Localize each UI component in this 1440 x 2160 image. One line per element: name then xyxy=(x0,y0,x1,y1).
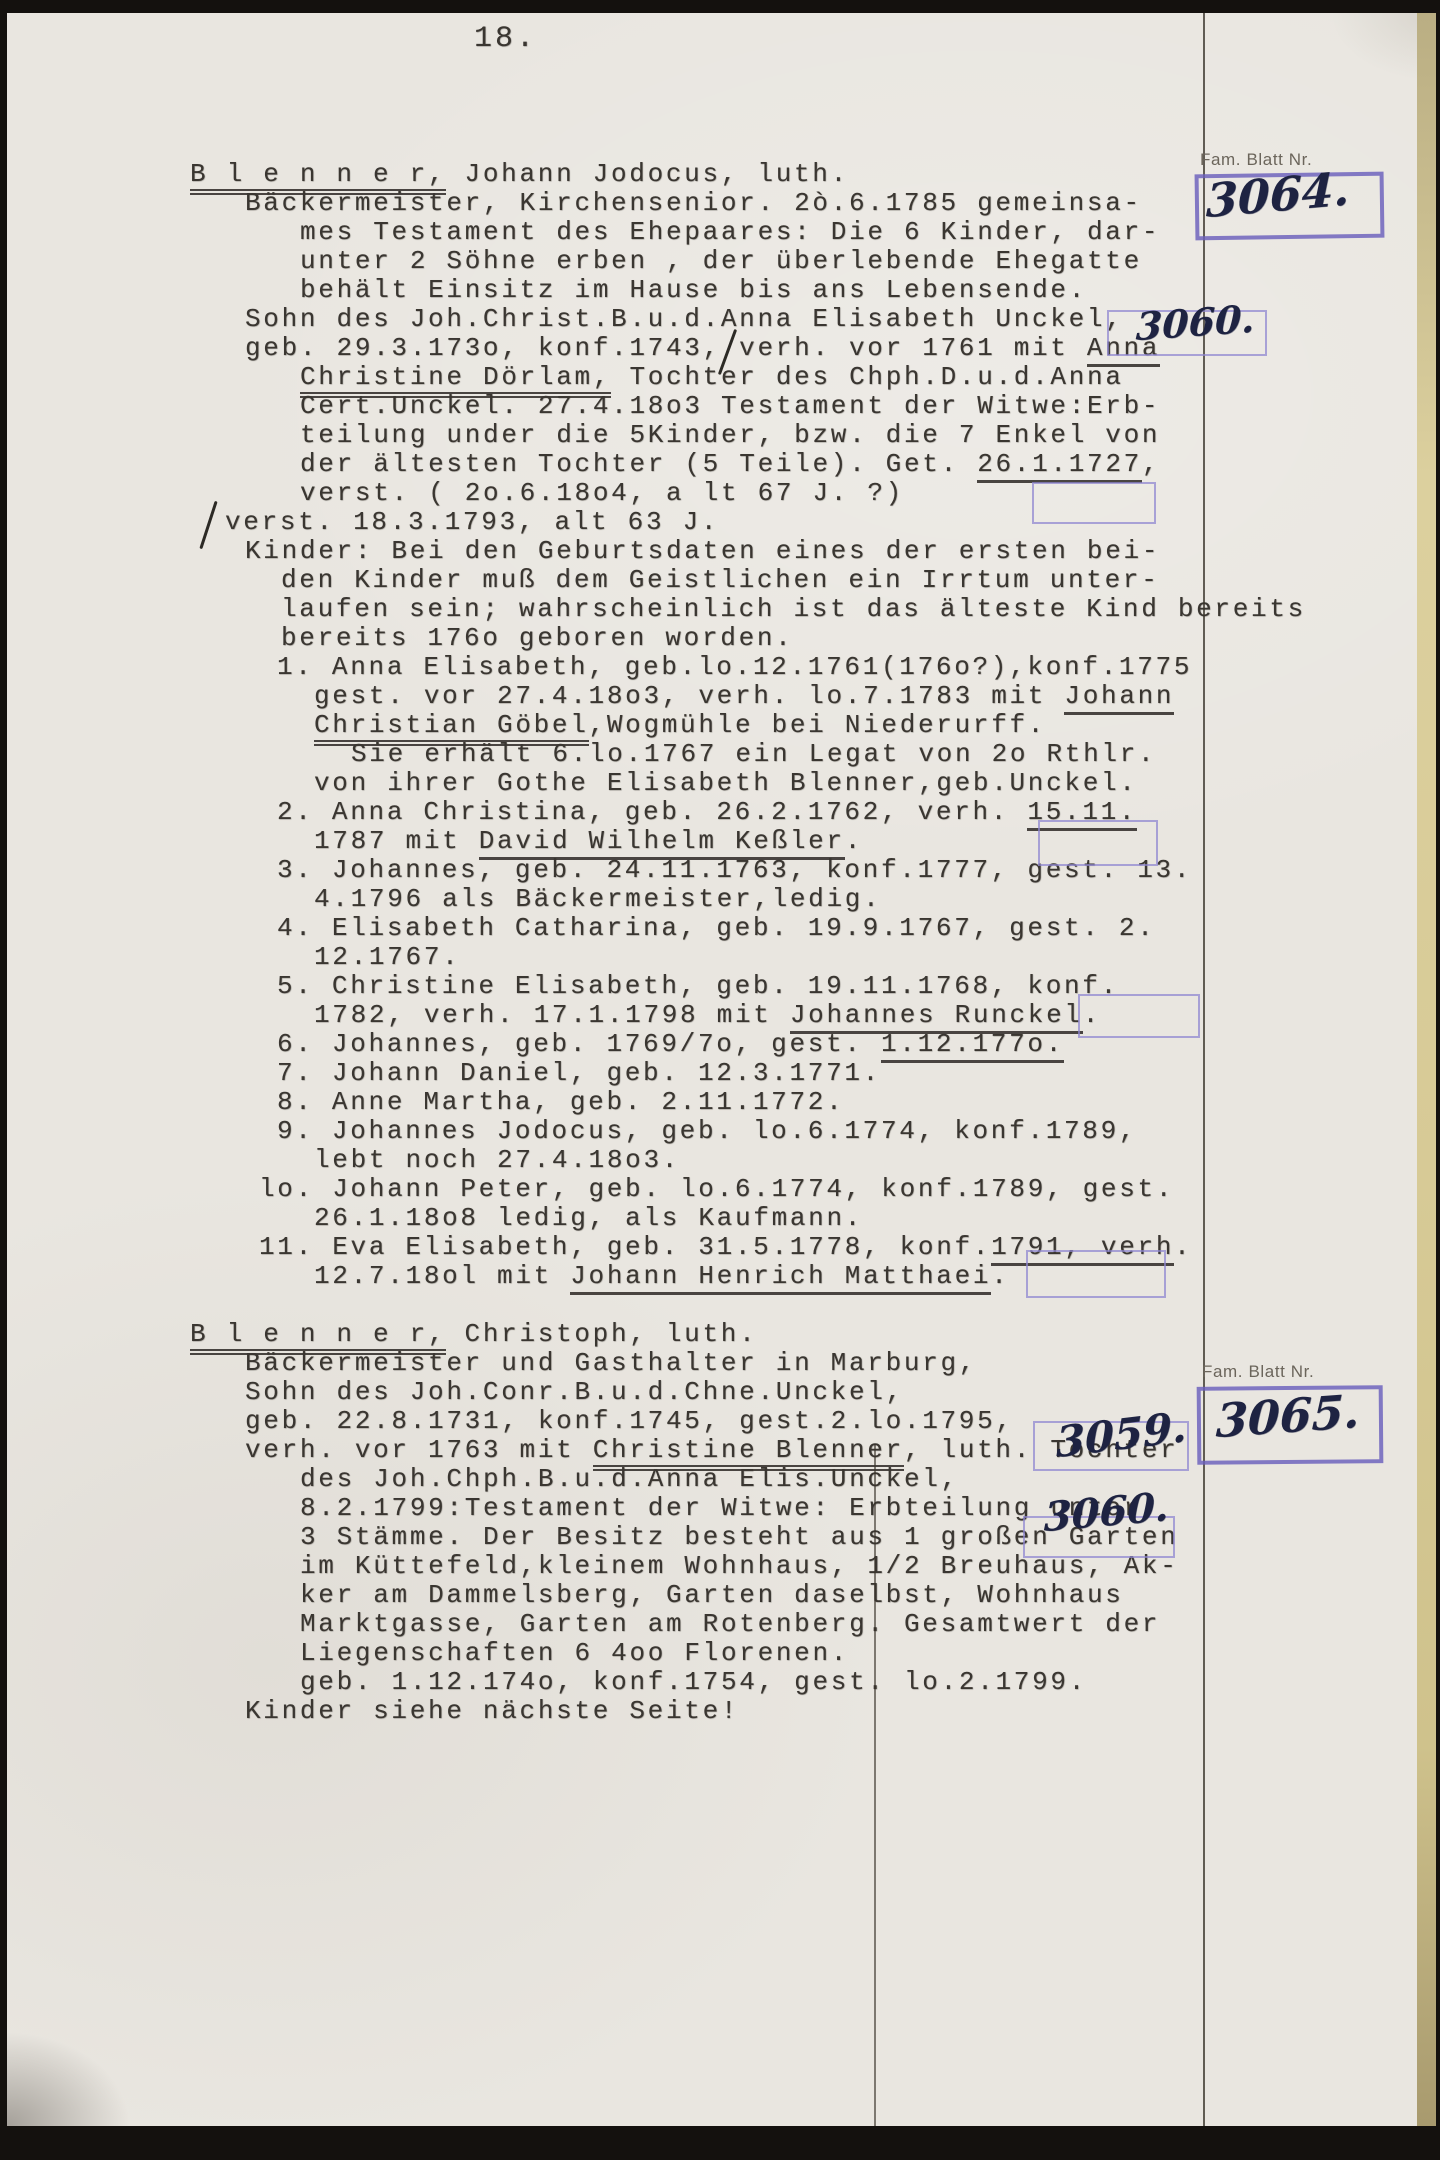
typed-text-segment: den Kinder muß dem Geistlichen ein Irrtu… xyxy=(281,565,1160,595)
typed-text-segment: 7. Johann Daniel, geb. 12.3.1771. xyxy=(277,1058,881,1088)
typed-line: verst. ( 2o.6.18o4, a lt 67 J. ?) xyxy=(300,479,904,508)
typed-text-segment: der ältesten Tochter (5 Teile). Get. xyxy=(300,449,977,479)
typed-text-segment: 2. Anna Christina, geb. 26.2.1762, verh. xyxy=(277,797,1027,827)
typed-text-segment: 26.1.1727 xyxy=(977,449,1142,483)
typed-line: Bäckermeister, Kirchensenior. 2ò.6.1785 … xyxy=(245,189,1142,218)
typed-text-segment: 9. Johannes Jodocus, geb. lo.6.1774, kon… xyxy=(277,1116,1137,1146)
typed-text-segment: 5. Christine Elisabeth, geb. 19.11.1768,… xyxy=(277,971,1119,1001)
typed-text-segment: Tochter des Chph.D.u.d.Anna xyxy=(611,362,1123,392)
typed-line: B l e n n e r, Christoph, luth. xyxy=(190,1320,757,1349)
empty-reference-box-kessler xyxy=(1038,820,1158,866)
typed-line: Christine Dörlam, Tochter des Chph.D.u.d… xyxy=(300,363,1124,392)
typed-text-segment: geb. 22.8.1731, konf.1745, gest.2.lo.179… xyxy=(245,1406,1014,1436)
typed-text-segment: 11. Eva Elisabeth, geb. 31.5.1778, konf. xyxy=(259,1232,991,1262)
fam-blatt-nr-label-entry2: Fam. Blatt Nr. xyxy=(1202,1362,1314,1382)
typed-line: geb. 1.12.174o, konf.1754, gest. lo.2.17… xyxy=(300,1668,1087,1697)
typed-line: unter 2 Söhne erben , der überlebende Eh… xyxy=(300,247,1142,276)
typed-text-segment: geb. 1.12.174o, konf.1754, gest. lo.2.17… xyxy=(300,1667,1087,1697)
typed-line: laufen sein; wahrscheinlich ist das älte… xyxy=(281,595,1306,624)
typed-line: 4.1796 als Bäckermeister,ledig. xyxy=(314,885,881,914)
typed-line: den Kinder muß dem Geistlichen ein Irrtu… xyxy=(281,566,1160,595)
typed-text-segment: unter 2 Söhne erben , der überlebende Eh… xyxy=(300,246,1142,276)
empty-reference-box-widow xyxy=(1032,482,1156,524)
handwritten-reference-number-unckel-entry1: 3060. xyxy=(1135,296,1255,350)
typed-line: des Joh.Chph.B.u.d.Anna Elis.Unckel, xyxy=(300,1465,959,1494)
typed-text-segment: ,Wogmühle bei Niederurff. xyxy=(589,710,1047,740)
typed-text-segment: 1787 mit xyxy=(314,826,479,856)
typed-text-segment: 4. Elisabeth Catharina, geb. 19.9.1767, … xyxy=(277,913,1156,943)
typed-text-segment: von ihrer Gothe Elisabeth Blenner,geb.Un… xyxy=(314,768,1138,798)
typed-text-segment: geb. 29.3.173o, konf.1743, verh. vor 176… xyxy=(245,333,1087,363)
typed-line: 9. Johannes Jodocus, geb. lo.6.1774, kon… xyxy=(277,1117,1137,1146)
typed-text-segment: lebt noch 27.4.18o3. xyxy=(314,1145,680,1175)
typed-line: 1782, verh. 17.1.1798 mit Johannes Runck… xyxy=(314,1001,1101,1030)
typed-line: 5. Christine Elisabeth, geb. 19.11.1768,… xyxy=(277,972,1119,1001)
typed-line: 6. Johannes, geb. 1769/7o, gest. 1.12.17… xyxy=(277,1030,1064,1059)
typed-line: Kinder: Bei den Geburtsdaten eines der e… xyxy=(245,537,1160,566)
empty-reference-box-runckel xyxy=(1078,994,1200,1038)
vertical-ruled-line-lower xyxy=(874,1445,876,2126)
typed-line: 12.1767. xyxy=(314,943,460,972)
typed-text-segment: 12.7.18ol mit xyxy=(314,1261,570,1291)
typed-text-segment: Cert.Unckel. 27.4.18o3 Testament der Wit… xyxy=(300,391,1160,421)
typed-text-segment: lo. Johann Peter, geb. lo.6.1774, konf.1… xyxy=(259,1174,1174,1204)
handwritten-fam-blatt-number-entry2: 3065. xyxy=(1215,1384,1361,1448)
typed-line: teilung under die 5Kinder, bzw. die 7 En… xyxy=(300,421,1160,450)
typed-line: Cert.Unckel. 27.4.18o3 Testament der Wit… xyxy=(300,392,1160,421)
typed-text-segment: . xyxy=(1174,1232,1192,1262)
typed-text-segment: des Joh.Chph.B.u.d.Anna Elis.Unckel, xyxy=(300,1464,959,1494)
typed-line: 8. Anne Martha, geb. 2.11.1772. xyxy=(277,1088,844,1117)
typed-line: 2. Anna Christina, geb. 26.2.1762, verh.… xyxy=(277,798,1137,827)
typed-line: lebt noch 27.4.18o3. xyxy=(314,1146,680,1175)
typed-text-segment: verst. ( 2o.6.18o4, a lt 67 J. ?) xyxy=(300,478,904,508)
typed-line: 1. Anna Elisabeth, geb.lo.12.1761(176o?)… xyxy=(277,653,1192,682)
typed-text-segment: Johann Jodocus, luth. xyxy=(446,159,849,189)
typed-text-segment: 1. Anna Elisabeth, geb.lo.12.1761(176o?)… xyxy=(277,652,1192,682)
typed-text-segment: . xyxy=(991,1261,1009,1291)
empty-reference-box-matthaei xyxy=(1026,1250,1166,1298)
typed-line: Bäckermeister und Gasthalter in Marburg, xyxy=(245,1349,977,1378)
typed-text-segment: 6. Johannes, geb. 1769/7o, gest. xyxy=(277,1029,881,1059)
typed-line: behält Einsitz im Hause bis ans Lebensen… xyxy=(300,276,1087,305)
scanned-genealogy-page: { "document": { "page_number": "18." }, … xyxy=(0,0,1440,2160)
typed-line: ker am Dammelsberg, Garten daselbst, Woh… xyxy=(300,1581,1124,1610)
typed-line: gest. vor 27.4.18o3, verh. lo.7.1783 mit… xyxy=(314,682,1174,711)
typed-line: 26.1.18o8 ledig, als Kaufmann. xyxy=(314,1204,863,1233)
typed-text-segment: Kinder siehe nächste Seite! xyxy=(245,1696,739,1726)
typed-text-segment: , xyxy=(1142,449,1160,479)
typed-text-segment: Bäckermeister und Gasthalter in Marburg, xyxy=(245,1348,977,1378)
typed-line: Christian Göbel,Wogmühle bei Niederurff. xyxy=(314,711,1046,740)
typed-text-segment: 4.1796 als Bäckermeister,ledig. xyxy=(314,884,881,914)
typed-line: 8.2.1799:Testament der Witwe: Erbteilung… xyxy=(300,1494,1142,1523)
typed-text-segment: Christoph, luth. xyxy=(446,1319,757,1349)
typed-text-segment: 8.2.1799:Testament der Witwe: Erbteilung… xyxy=(300,1493,1142,1523)
typed-text-segment: verh. vor 1763 mit xyxy=(245,1435,593,1465)
typed-line: Liegenschaften 6 4oo Florenen. xyxy=(300,1639,849,1668)
typed-line: 7. Johann Daniel, geb. 12.3.1771. xyxy=(277,1059,881,1088)
typed-text-segment: 12.1767. xyxy=(314,942,460,972)
typed-line: Kinder siehe nächste Seite! xyxy=(245,1697,739,1726)
typed-line: verst. 18.3.1793, alt 63 J. xyxy=(225,508,719,537)
typed-line: der ältesten Tochter (5 Teile). Get. 26.… xyxy=(300,450,1160,479)
typed-text-segment: 8. Anne Martha, geb. 2.11.1772. xyxy=(277,1087,844,1117)
typed-text-segment: 1782, verh. 17.1.1798 mit xyxy=(314,1000,790,1030)
page-number: 18. xyxy=(474,22,537,56)
typed-line: mes Testament des Ehepaares: Die 6 Kinde… xyxy=(300,218,1160,247)
typed-text-segment: Sohn des Joh.Christ.B.u.d.Anna Elisabeth… xyxy=(245,304,1124,334)
typed-text-segment: laufen sein; wahrscheinlich ist das älte… xyxy=(281,594,1306,624)
typed-line: bereits 176o geboren worden. xyxy=(281,624,793,653)
typed-line: geb. 29.3.173o, konf.1743, verh. vor 176… xyxy=(245,334,1160,363)
typed-text-segment: mes Testament des Ehepaares: Die 6 Kinde… xyxy=(300,217,1160,247)
typed-line: 12.7.18ol mit Johann Henrich Matthaei. xyxy=(314,1262,1010,1291)
typed-text-segment: . xyxy=(845,826,863,856)
page-edge-strip xyxy=(1417,13,1436,2126)
typed-text-segment: behält Einsitz im Hause bis ans Lebensen… xyxy=(300,275,1087,305)
typed-text-segment: Sie erhält 6.lo.1767 ein Legat von 2o Rt… xyxy=(351,739,1156,769)
typed-text-segment: ker am Dammelsberg, Garten daselbst, Woh… xyxy=(300,1580,1124,1610)
typed-text-segment: 26.1.18o8 ledig, als Kaufmann. xyxy=(314,1203,863,1233)
typed-line: 4. Elisabeth Catharina, geb. 19.9.1767, … xyxy=(277,914,1156,943)
typed-text-segment: verst. 18.3.1793, alt 63 J. xyxy=(225,507,719,537)
typed-text-segment: bereits 176o geboren worden. xyxy=(281,623,793,653)
typed-line: 1787 mit David Wilhelm Keßler. xyxy=(314,827,863,856)
typed-line: von ihrer Gothe Elisabeth Blenner,geb.Un… xyxy=(314,769,1138,798)
typed-text-segment: Kinder: Bei den Geburtsdaten eines der e… xyxy=(245,536,1160,566)
typed-line: geb. 22.8.1731, konf.1745, gest.2.lo.179… xyxy=(245,1407,1014,1436)
typed-line: Sie erhält 6.lo.1767 ein Legat von 2o Rt… xyxy=(351,740,1156,769)
typed-text-segment: Sohn des Joh.Conr.B.u.d.Chne.Unckel, xyxy=(245,1377,904,1407)
typed-text-segment: gest. vor 27.4.18o3, verh. lo.7.1783 mit xyxy=(314,681,1064,711)
typed-text-segment: Bäckermeister, Kirchensenior. 2ò.6.1785 … xyxy=(245,188,1142,218)
typed-line: lo. Johann Peter, geb. lo.6.1774, konf.1… xyxy=(259,1175,1174,1204)
typed-text-segment: Marktgasse, Garten am Rotenberg. Gesamtw… xyxy=(300,1609,1160,1639)
typed-line: B l e n n e r, Johann Jodocus, luth. xyxy=(190,160,849,189)
typed-line: Marktgasse, Garten am Rotenberg. Gesamtw… xyxy=(300,1610,1160,1639)
typed-text-segment: Liegenschaften 6 4oo Florenen. xyxy=(300,1638,849,1668)
typed-text-segment: Johann xyxy=(1064,681,1174,715)
typed-line: Sohn des Joh.Christ.B.u.d.Anna Elisabeth… xyxy=(245,305,1124,334)
typed-line: Sohn des Joh.Conr.B.u.d.Chne.Unckel, xyxy=(245,1378,904,1407)
typed-text-segment: Johann Henrich Matthaei xyxy=(570,1261,991,1295)
typed-text-segment: teilung under die 5Kinder, bzw. die 7 En… xyxy=(300,420,1160,450)
typed-text-segment: 1.12.177o. xyxy=(881,1029,1064,1063)
